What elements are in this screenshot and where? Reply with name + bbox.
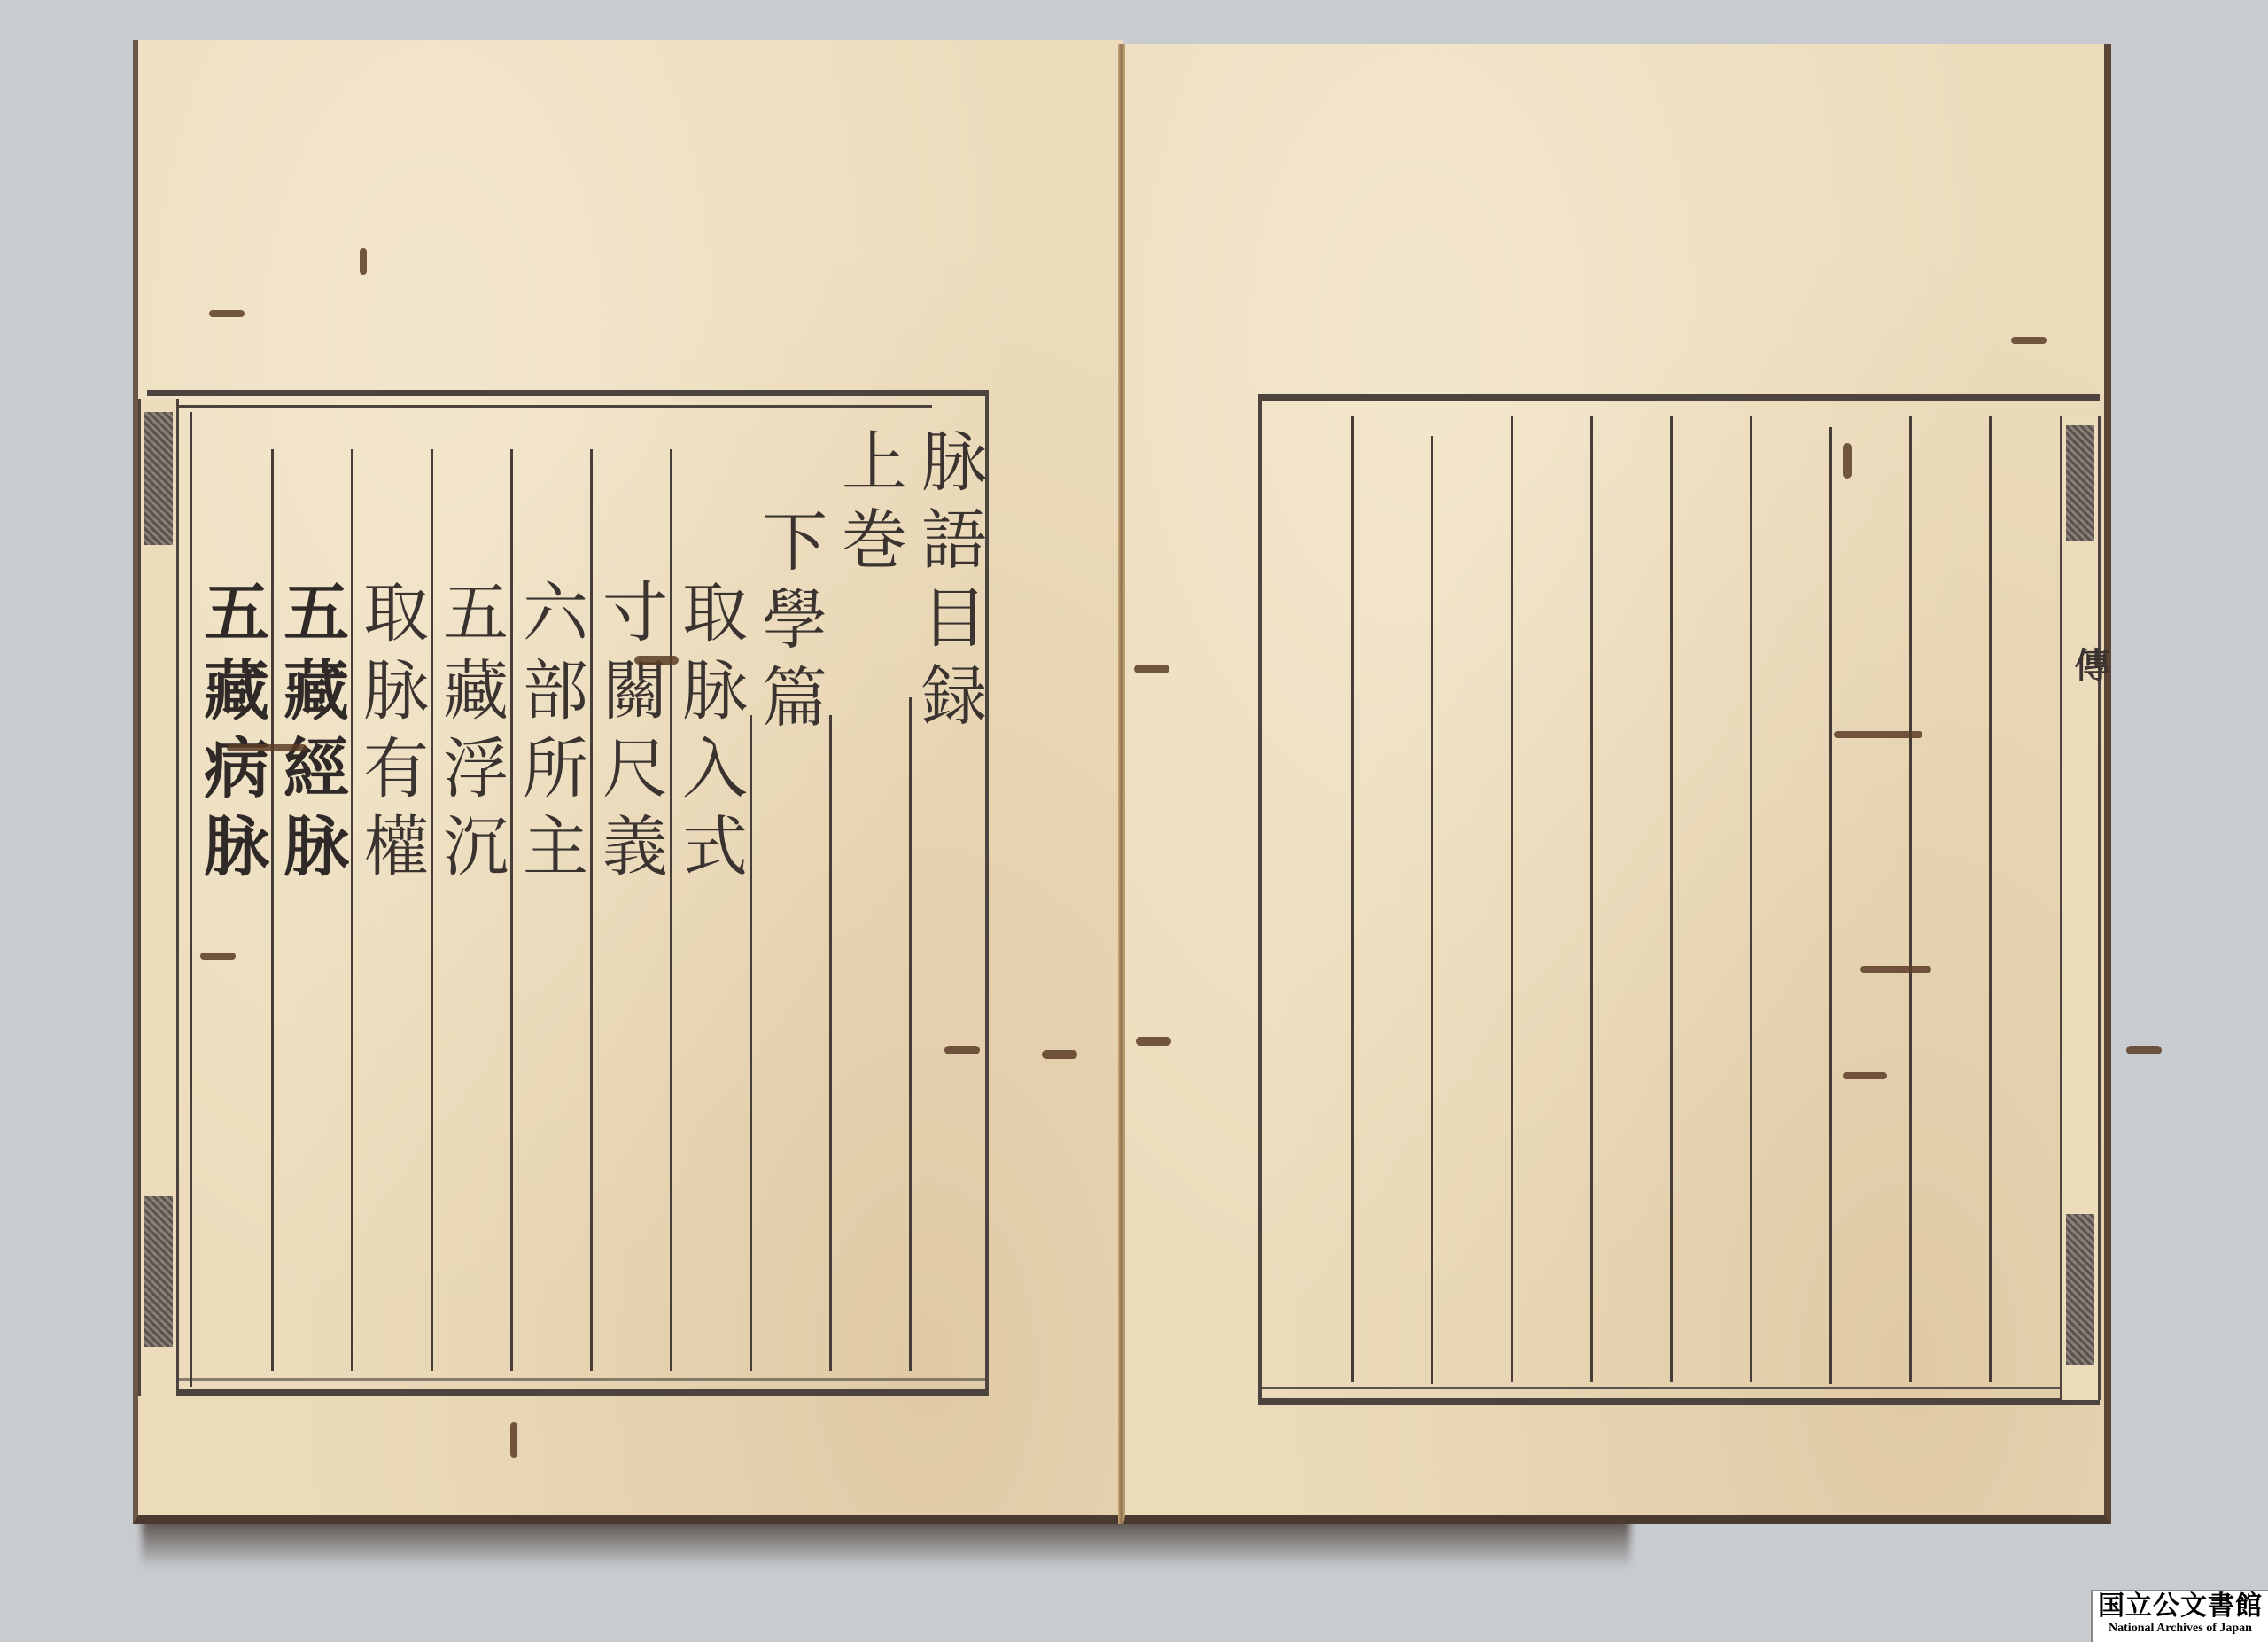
right-page-frame: [1258, 394, 2100, 1405]
column-rule: [909, 697, 912, 1371]
fore-edge-label: 傳: [2064, 647, 2115, 682]
fish-tail-ornament: [2066, 1214, 2094, 1365]
column-rule: [1590, 416, 1593, 1382]
wormhole: [227, 744, 307, 751]
volume-label: 上巻: [836, 427, 902, 583]
fish-tail-ornament: [144, 412, 173, 545]
column-rule: [1989, 416, 1992, 1382]
logo-japanese-text: 国立公文書館: [2093, 1591, 2268, 1622]
wormhole: [1834, 731, 1922, 738]
toc-entry: 取脉有權: [358, 578, 423, 890]
wormhole: [510, 1422, 517, 1458]
left-fore-edge: [138, 399, 179, 1396]
toc-entry: 五藏病脉: [198, 578, 264, 890]
toc-entry: 五藏浮沉: [438, 578, 503, 890]
wormhole: [1134, 665, 1169, 673]
wormhole: [1860, 966, 1931, 973]
column-rule: [750, 715, 752, 1371]
wormhole: [200, 953, 236, 960]
wormhole: [360, 248, 367, 275]
logo-english-text: National Archives of Japan: [2093, 1622, 2268, 1636]
column-rule: [1750, 416, 1752, 1382]
toc-entry: 五藏經脉: [278, 578, 344, 890]
wormhole: [944, 1046, 980, 1054]
wormhole: [1843, 1072, 1887, 1079]
wormhole: [209, 310, 245, 317]
toc-entry: 六部所主: [517, 578, 583, 890]
column-rule: [829, 715, 832, 1371]
wormhole: [1843, 443, 1852, 479]
column-rule: [1431, 436, 1433, 1384]
toc-entry: 寸關尺義: [597, 578, 663, 890]
national-archives-logo: 国立公文書館 National Archives of Japan: [2091, 1590, 2268, 1642]
wormhole: [634, 656, 679, 665]
column-rule: [1909, 416, 1912, 1382]
right-fore-edge: 傳: [2060, 416, 2101, 1400]
column-rule: [190, 412, 192, 1387]
section-label: 下學篇: [757, 507, 822, 741]
wormhole: [2126, 1046, 2162, 1054]
column-rule: [1829, 427, 1832, 1384]
right-page: 傳: [1123, 44, 2111, 1524]
toc-title: 脉語目録: [916, 427, 982, 739]
wormhole: [1042, 1050, 1077, 1059]
left-page-frame: 脉語目録 上巻 下學篇 取脉入式 寸關尺義 六部所主 五藏浮沉 取脉有權 五藏經…: [147, 390, 989, 1396]
column-rule: [1511, 416, 1513, 1382]
wormhole: [1136, 1037, 1171, 1046]
wormhole: [2011, 337, 2047, 344]
fish-tail-ornament: [2066, 425, 2094, 541]
left-page: 脉語目録 上巻 下學篇 取脉入式 寸關尺義 六部所主 五藏浮沉 取脉有權 五藏經…: [133, 40, 1123, 1524]
fish-tail-ornament: [144, 1196, 173, 1347]
column-rule: [1670, 416, 1673, 1382]
toc-entry: 取脉入式: [677, 578, 742, 890]
column-rule: [1351, 416, 1354, 1382]
